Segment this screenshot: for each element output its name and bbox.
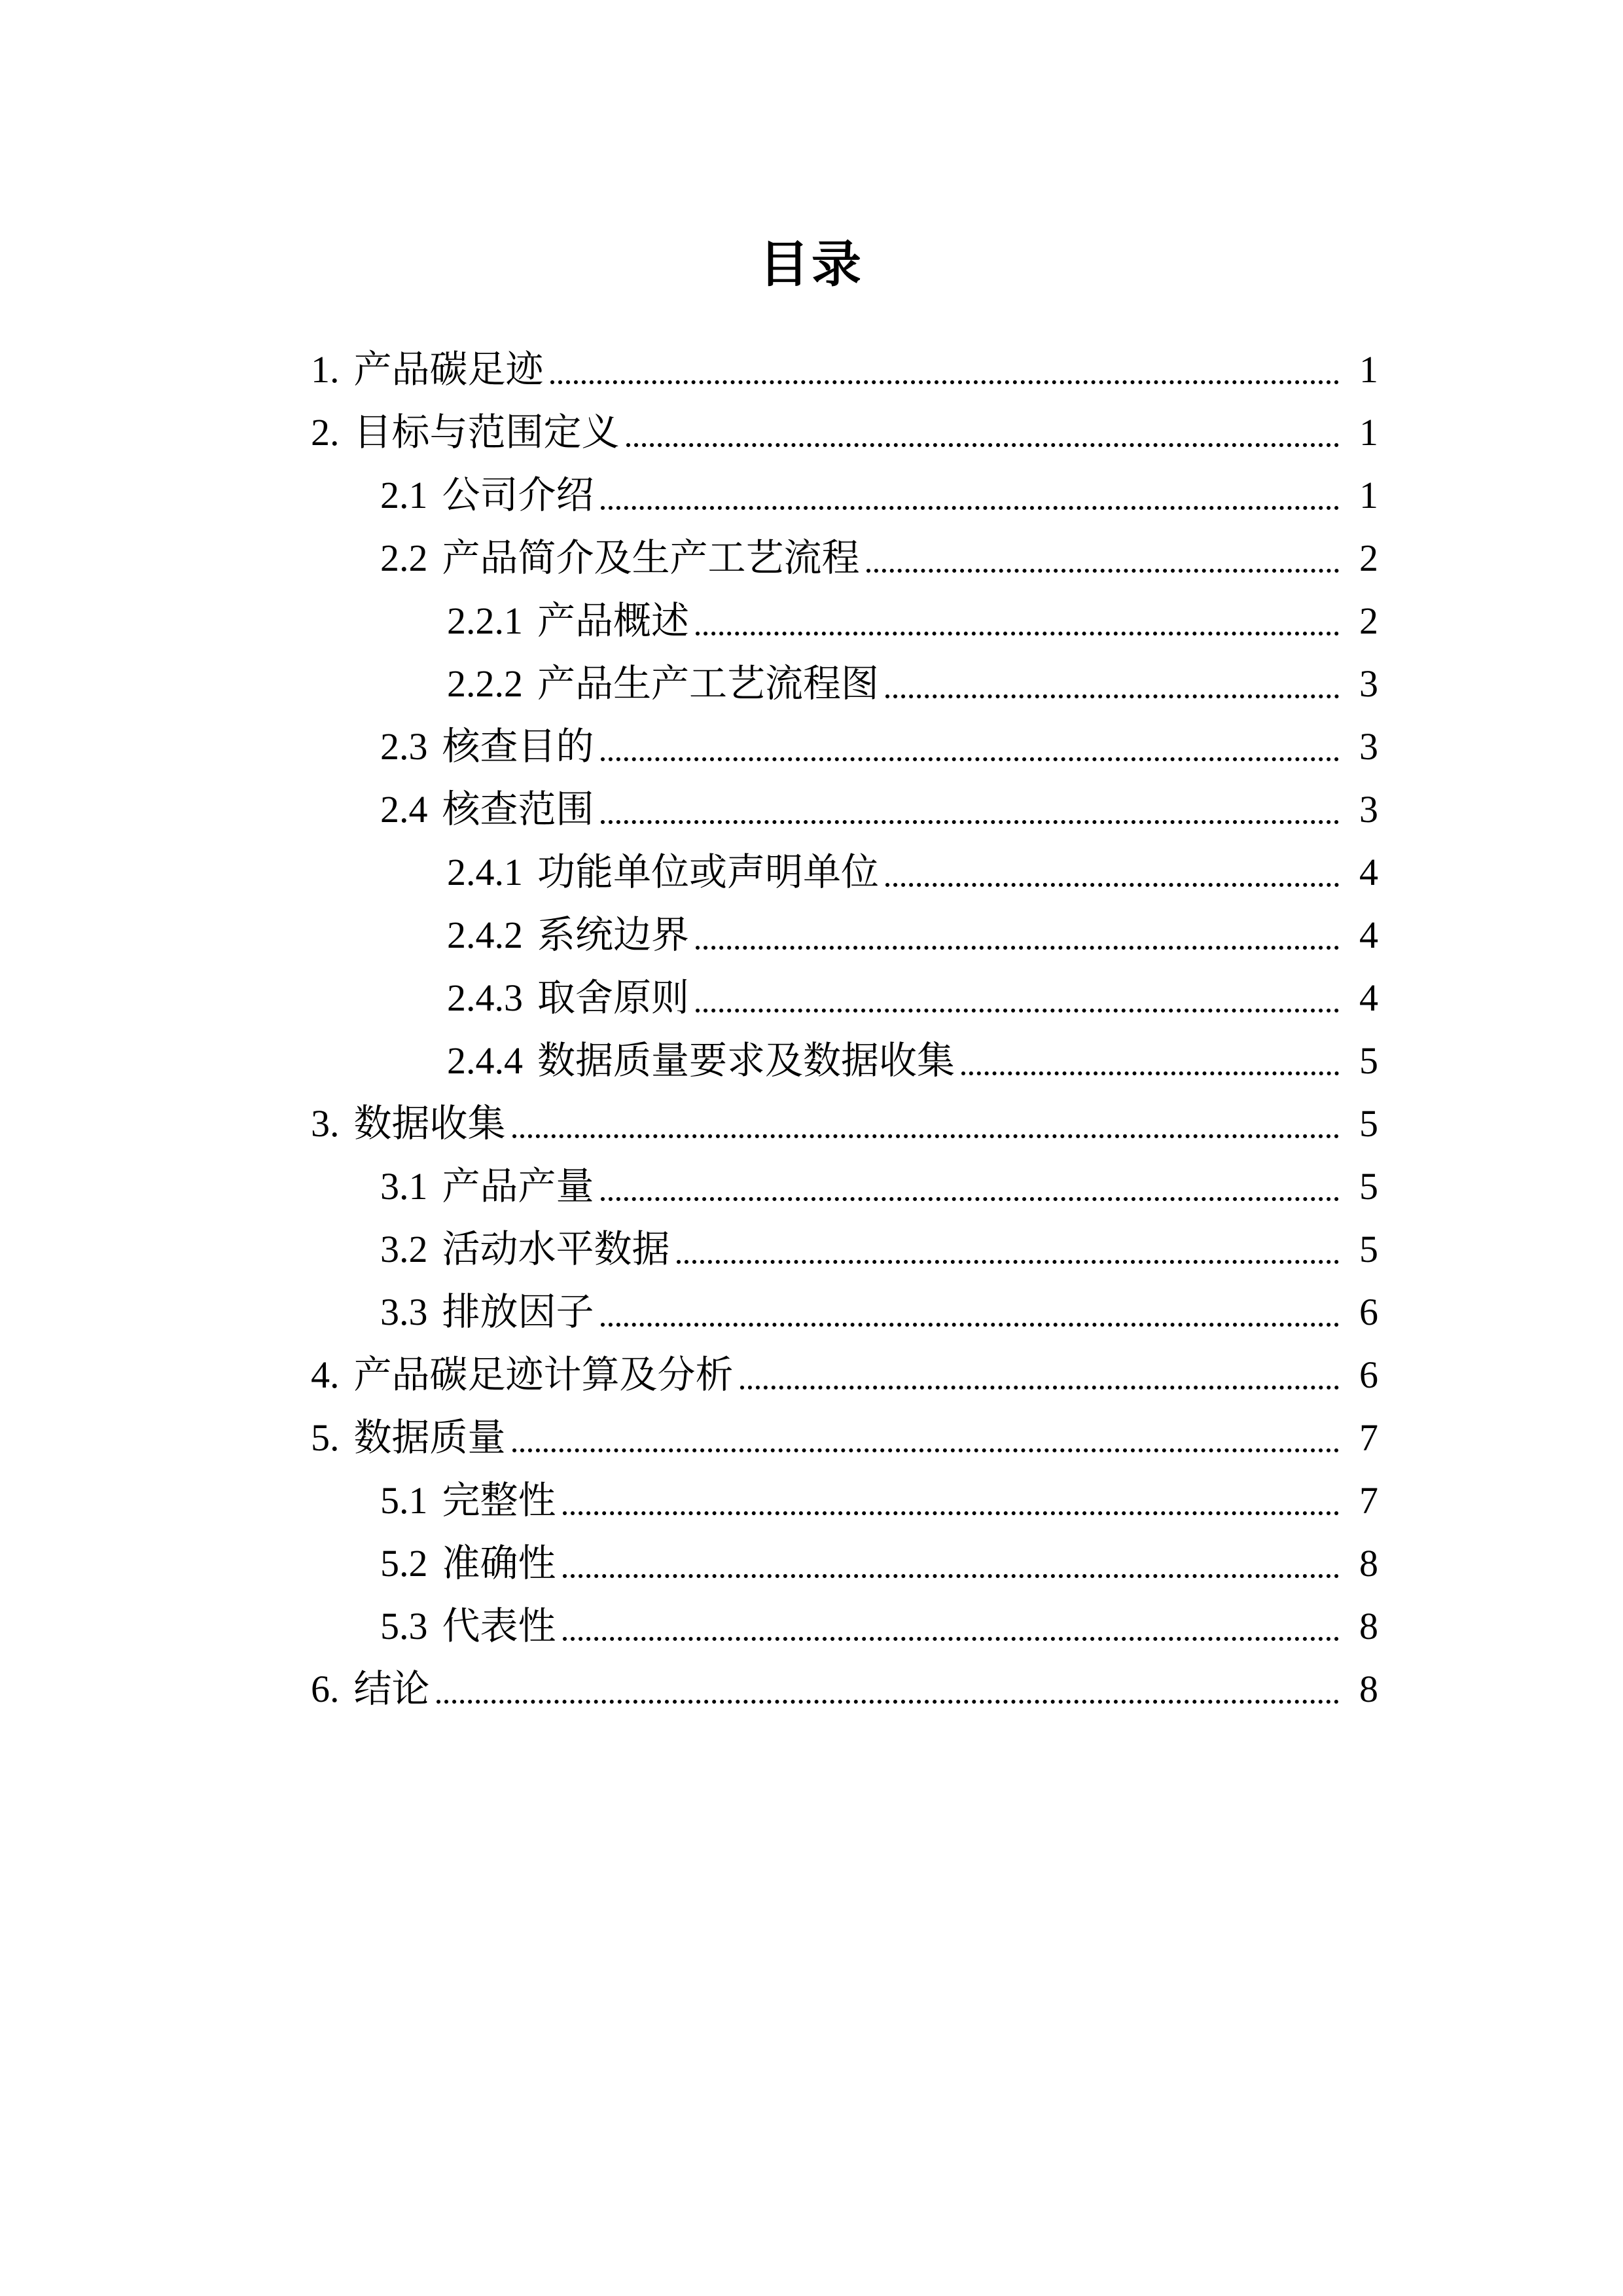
toc-entry-title: 产品简介及生产工艺流程 [442,527,860,590]
toc-entry-number: 2.4.2 [447,904,523,967]
toc-leader-dots [512,1448,1339,1452]
toc-leader-dots [601,1197,1339,1201]
toc-entry-number: 1. [311,338,340,401]
toc-entry-number: 2.4.1 [447,841,523,904]
toc-leader-dots [696,946,1339,950]
toc-entry-title: 代表性 [442,1595,556,1658]
toc-entry-number: 2.1 [380,464,428,527]
toc-leader-dots [437,1700,1339,1704]
toc-leader-dots [563,1637,1339,1641]
toc-entry-title: 结论 [354,1658,430,1721]
toc-leader-dots [866,569,1339,573]
toc-entry-title: 产品生产工艺流程图 [537,653,879,715]
toc-leader-dots [512,1134,1339,1138]
toc-entry[interactable]: 2.1公司介绍1 [311,464,1378,527]
toc-entry[interactable]: 3.1产品产量5 [311,1155,1378,1218]
toc-entry-number: 3.1 [380,1155,428,1218]
toc-entry-page: 4 [1348,967,1378,1030]
toc-entry-page: 5 [1348,1030,1378,1092]
toc-entry[interactable]: 3.3排放因子6 [311,1281,1378,1344]
toc-entry[interactable]: 2.4.2系统边界4 [311,904,1378,967]
toc-entry[interactable]: 2.2产品简介及生产工艺流程2 [311,527,1378,590]
toc-entry[interactable]: 2.3核查目的3 [311,715,1378,778]
toc-leader-dots [961,1071,1339,1075]
toc-entry-number: 2.4.3 [447,967,523,1030]
toc-entry-page: 6 [1348,1344,1378,1407]
toc-entry-page: 8 [1348,1595,1378,1658]
toc-entry-page: 6 [1348,1281,1378,1344]
toc-entry[interactable]: 2.4核查范围3 [311,778,1378,841]
toc-entry[interactable]: 2.4.1功能单位或声明单位4 [311,841,1378,904]
toc-entry[interactable]: 2.2.1产品概述2 [311,590,1378,653]
toc-entry-page: 5 [1348,1092,1378,1155]
toc-leader-dots [601,1323,1339,1327]
toc-entry-title: 完整性 [442,1469,556,1532]
toc-entry-page: 8 [1348,1532,1378,1595]
toc-entry-number: 2.2 [380,527,428,590]
toc-entry-number: 5.2 [380,1532,428,1595]
toc-entry-number: 2.2.1 [447,590,523,653]
toc-entry[interactable]: 2.4.4数据质量要求及数据收集5 [311,1030,1378,1092]
toc-entry-page: 3 [1348,778,1378,841]
toc-entry-page: 5 [1348,1218,1378,1281]
toc-leader-dots [696,632,1339,636]
toc-entry-title: 排放因子 [442,1281,594,1344]
toc-entry-title: 产品碳足迹 [354,338,544,401]
toc-entry-title: 核查范围 [442,778,594,841]
toc-entry-number: 2.4.4 [447,1030,523,1092]
toc-leader-dots [550,380,1339,384]
toc-entry-page: 1 [1348,401,1378,464]
toc-leader-dots [563,1574,1339,1578]
toc-entry-number: 3.2 [380,1218,428,1281]
toc-entry[interactable]: 5.3代表性8 [311,1595,1378,1658]
toc-entry-title: 产品碳足迹计算及分析 [354,1344,734,1407]
page: 目录 1.产品碳足迹12.目标与范围定义12.1公司介绍12.2产品简介及生产工… [0,0,1623,2296]
toc-entry[interactable]: 5.数据质量7 [311,1407,1378,1469]
toc-leader-dots [563,1511,1339,1515]
toc-entry[interactable]: 3.数据收集5 [311,1092,1378,1155]
toc-entry-number: 3.3 [380,1281,428,1344]
toc-entry-title: 数据收集 [354,1092,506,1155]
toc-leader-dots [885,694,1339,698]
toc-entry[interactable]: 1.产品碳足迹1 [311,338,1378,401]
toc-entry-number: 2.3 [380,715,428,778]
toc-entry-page: 2 [1348,527,1378,590]
toc-entry-title: 数据质量 [354,1407,506,1469]
toc-entry-page: 2 [1348,590,1378,653]
toc-entry-title: 目标与范围定义 [354,401,620,464]
toc-entry-page: 3 [1348,715,1378,778]
toc-list: 1.产品碳足迹12.目标与范围定义12.1公司介绍12.2产品简介及生产工艺流程… [311,338,1378,1721]
toc-entry-page: 5 [1348,1155,1378,1218]
toc-entry[interactable]: 2.4.3取舍原则4 [311,967,1378,1030]
toc-entry-title: 公司介绍 [442,464,594,527]
toc-entry-page: 7 [1348,1407,1378,1469]
toc-leader-dots [601,757,1339,761]
toc-leader-dots [626,443,1339,447]
toc-entry-number: 6. [311,1658,340,1721]
toc-entry[interactable]: 2.2.2产品生产工艺流程图3 [311,653,1378,715]
toc-entry-number: 5.3 [380,1595,428,1658]
toc-entry-number: 5.1 [380,1469,428,1532]
toc-entry-page: 7 [1348,1469,1378,1532]
toc-entry-title: 产品产量 [442,1155,594,1218]
toc-entry-title: 系统边界 [537,904,689,967]
toc-entry-number: 2.2.2 [447,653,523,715]
toc-entry[interactable]: 4.产品碳足迹计算及分析6 [311,1344,1378,1407]
toc-leader-dots [885,883,1339,887]
toc-entry-number: 4. [311,1344,340,1407]
toc-entry[interactable]: 5.1完整性7 [311,1469,1378,1532]
toc-entry-title: 准确性 [442,1532,556,1595]
toc-leader-dots [601,506,1339,510]
toc-entry[interactable]: 2.目标与范围定义1 [311,401,1378,464]
toc-entry-number: 3. [311,1092,340,1155]
toc-entry-title: 数据质量要求及数据收集 [537,1030,955,1092]
toc-entry-number: 5. [311,1407,340,1469]
toc-entry-number: 2.4 [380,778,428,841]
toc-leader-dots [601,820,1339,824]
toc-leader-dots [677,1260,1339,1264]
toc-entry-title: 活动水平数据 [442,1218,670,1281]
toc-title: 目录 [0,234,1623,296]
toc-leader-dots [696,1009,1339,1013]
toc-entry-page: 8 [1348,1658,1378,1721]
toc-entry-page: 4 [1348,841,1378,904]
toc-entry[interactable]: 5.2准确性8 [311,1532,1378,1595]
toc-entry-title: 取舍原则 [537,967,689,1030]
toc-leader-dots [740,1386,1339,1390]
toc-entry-title: 功能单位或声明单位 [537,841,879,904]
toc-entry-title: 产品概述 [537,590,689,653]
toc-entry-page: 3 [1348,653,1378,715]
toc-entry[interactable]: 3.2活动水平数据5 [311,1218,1378,1281]
toc-entry-number: 2. [311,401,340,464]
toc-entry-page: 1 [1348,338,1378,401]
toc-entry-page: 4 [1348,904,1378,967]
toc-entry-page: 1 [1348,464,1378,527]
toc-entry-title: 核查目的 [442,715,594,778]
toc-entry[interactable]: 6.结论8 [311,1658,1378,1721]
